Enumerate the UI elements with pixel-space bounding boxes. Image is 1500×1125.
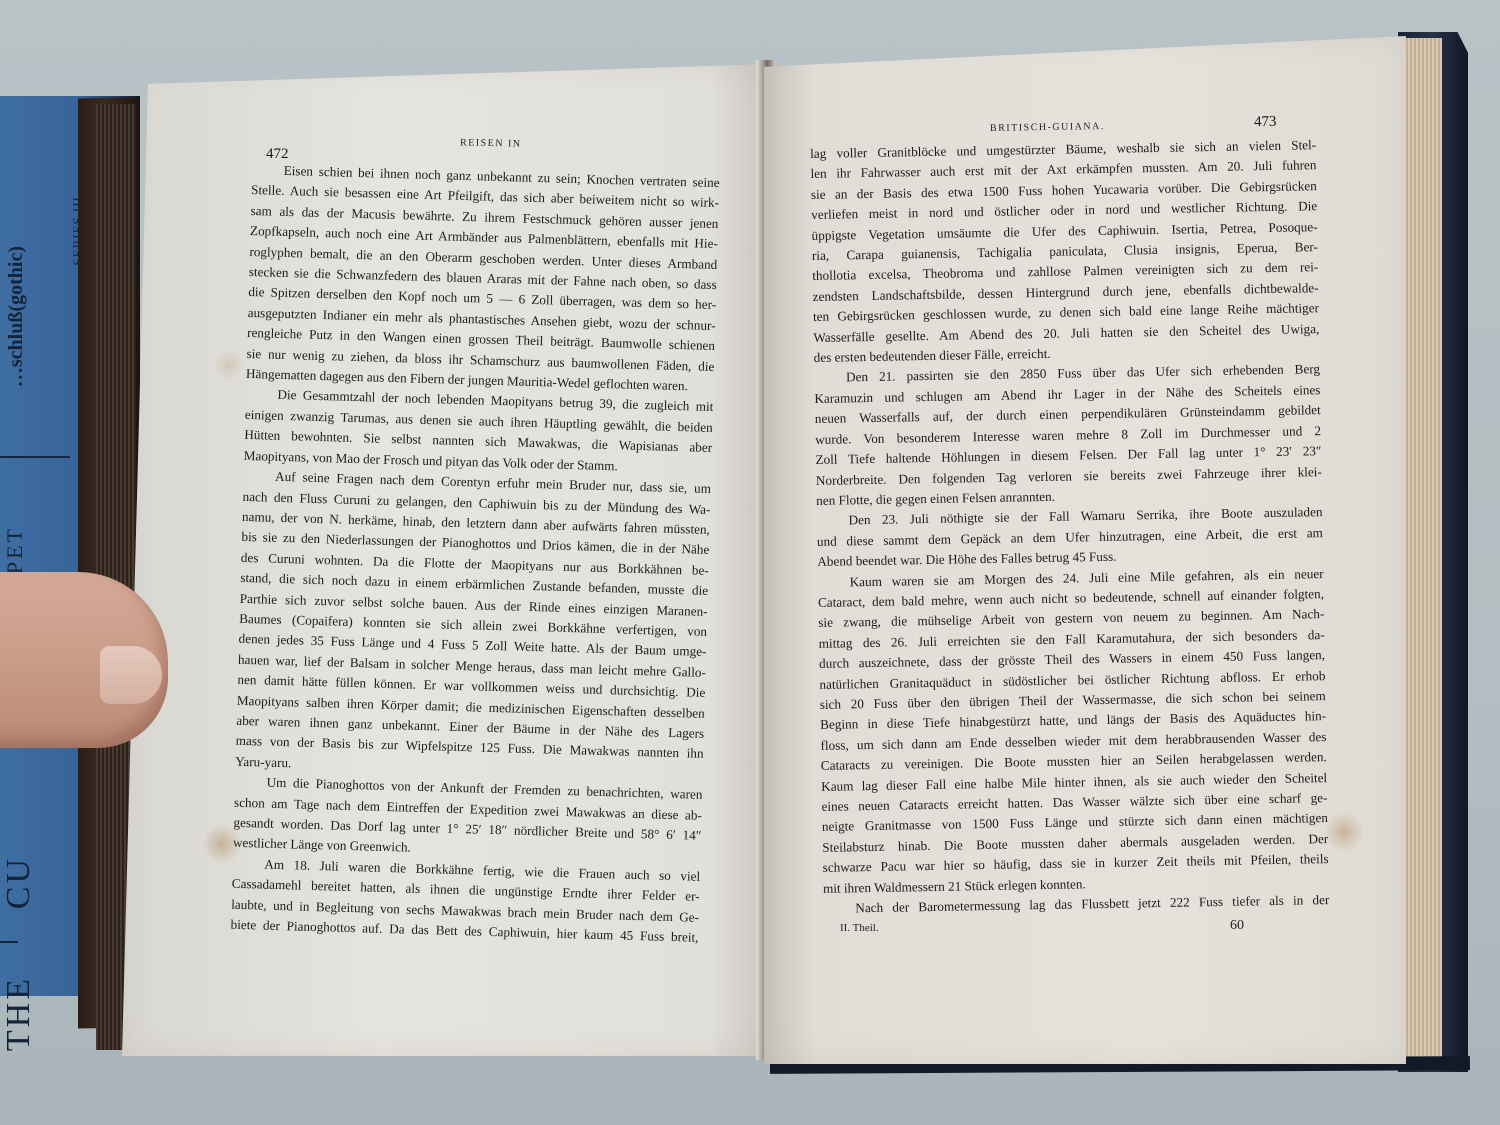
booklet-rule [0,456,70,458]
thumbnail [100,646,162,704]
page-number: 473 [1254,114,1277,131]
foxing-stain [202,824,242,864]
booklet-rule [0,941,18,943]
booklet-cu-text: CU [0,856,38,909]
booklet-pet-text: PET [2,526,28,574]
foxing-stain [1324,812,1364,852]
page-body-text: Eisen schien bei ihnen noch ganz unbekan… [230,160,719,948]
right-page: BRITISCH-GUIANA. 473 lag voller Granitbl… [764,36,1406,1064]
page-edges-right [1400,38,1442,1068]
left-page: 472 REISEN IN Eisen schien bei ihnen noc… [122,64,772,1056]
booklet-the-text: THE [0,976,38,1051]
footer-signature: II. Theil. [840,922,879,934]
booklet-gothic-text: …schluß(gothic) [5,246,28,387]
running-head: BRITISCH-GUIANA. [990,121,1105,134]
running-head: REISEN IN [460,137,522,149]
photo-scene: SERIES III …schluß(gothic) PET CU THE 47… [0,0,1500,1125]
page-body-text: lag voller Granitblöcke und umgestürzter… [810,135,1329,919]
footer-sheet-number: 60 [1230,918,1244,934]
foxing-stain [214,350,244,380]
